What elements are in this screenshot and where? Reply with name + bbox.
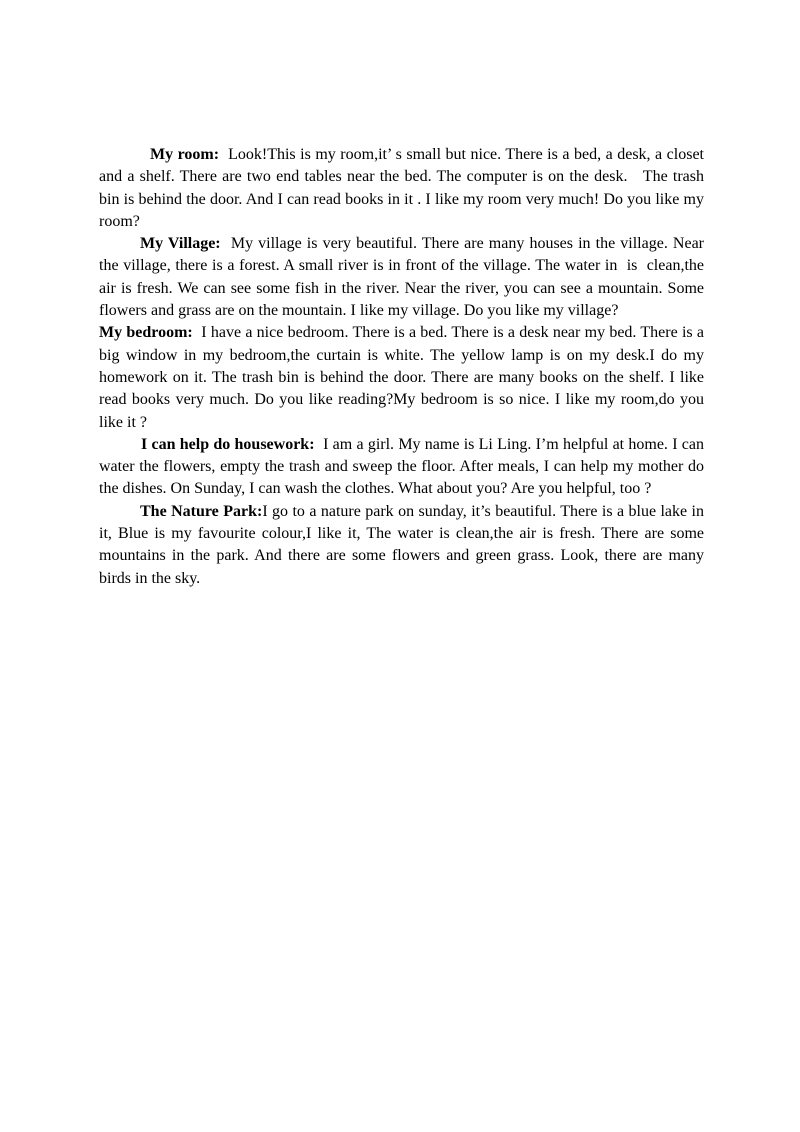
paragraph-heading: I can help do housework:	[141, 436, 323, 453]
document-page: My room: Look!This is my room,it’ s smal…	[0, 0, 800, 1132]
paragraph-heading: My bedroom:	[99, 324, 201, 341]
paragraph-my-bedroom: My bedroom: I have a nice bedroom. There…	[99, 322, 704, 433]
paragraph-my-room: My room: Look!This is my room,it’ s smal…	[99, 144, 704, 233]
paragraph-heading: My Village:	[140, 235, 231, 252]
paragraph-my-village: My Village: My village is very beautiful…	[99, 233, 704, 322]
paragraph-nature-park: The Nature Park:I go to a nature park on…	[99, 501, 704, 590]
paragraph-housework: I can help do housework: I am a girl. My…	[99, 434, 704, 501]
paragraph-heading: The Nature Park:	[140, 503, 262, 520]
paragraph-heading: My room:	[150, 146, 228, 163]
